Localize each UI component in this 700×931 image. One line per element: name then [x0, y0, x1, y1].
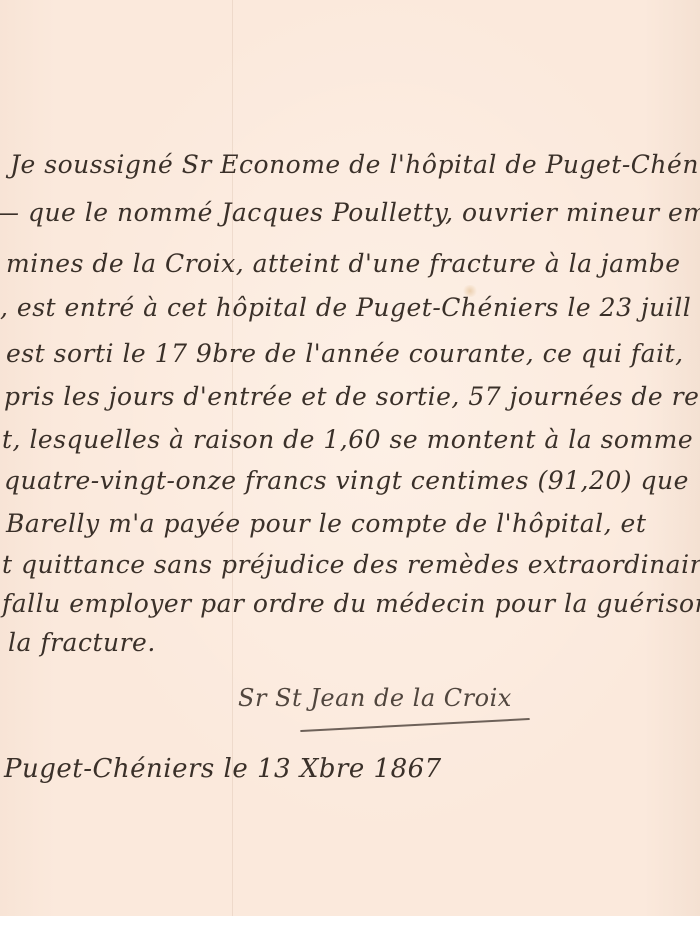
body-line-7: t, lesquelles à raison de 1,60 se monten… [2, 427, 693, 452]
body-line-5: est sorti le 17 9bre de l'année courante… [6, 341, 684, 366]
signature-underline [300, 718, 530, 732]
scan-margin [0, 916, 700, 931]
body-line-6: pris les jours d'entrée et de sortie, 57… [4, 384, 700, 409]
body-line-12: la fracture. [8, 630, 156, 655]
document-page: Je soussigné Sr Econome de l'hôpital de … [0, 0, 700, 916]
body-line-2: — que le nommé Jacques Poulletty, ouvrie… [0, 200, 700, 225]
body-line-1: Je soussigné Sr Econome de l'hôpital de … [10, 152, 700, 177]
body-line-11: fallu employer par ordre du médecin pour… [2, 591, 700, 616]
place-and-date: Puget-Chéniers le 13 Xbre 1867 [4, 756, 442, 782]
signature: Sr St Jean de la Croix [238, 686, 512, 710]
body-line-3: mines de la Croix, atteint d'une fractur… [6, 251, 681, 276]
body-line-8: quatre-vingt-onze francs vingt centimes … [4, 468, 689, 493]
body-line-9: Barelly m'a payée pour le compte de l'hô… [6, 511, 646, 536]
body-line-10: t quittance sans préjudice des remèdes e… [2, 552, 700, 577]
body-line-4: , est entré à cet hôpital de Puget-Chéni… [0, 295, 691, 320]
